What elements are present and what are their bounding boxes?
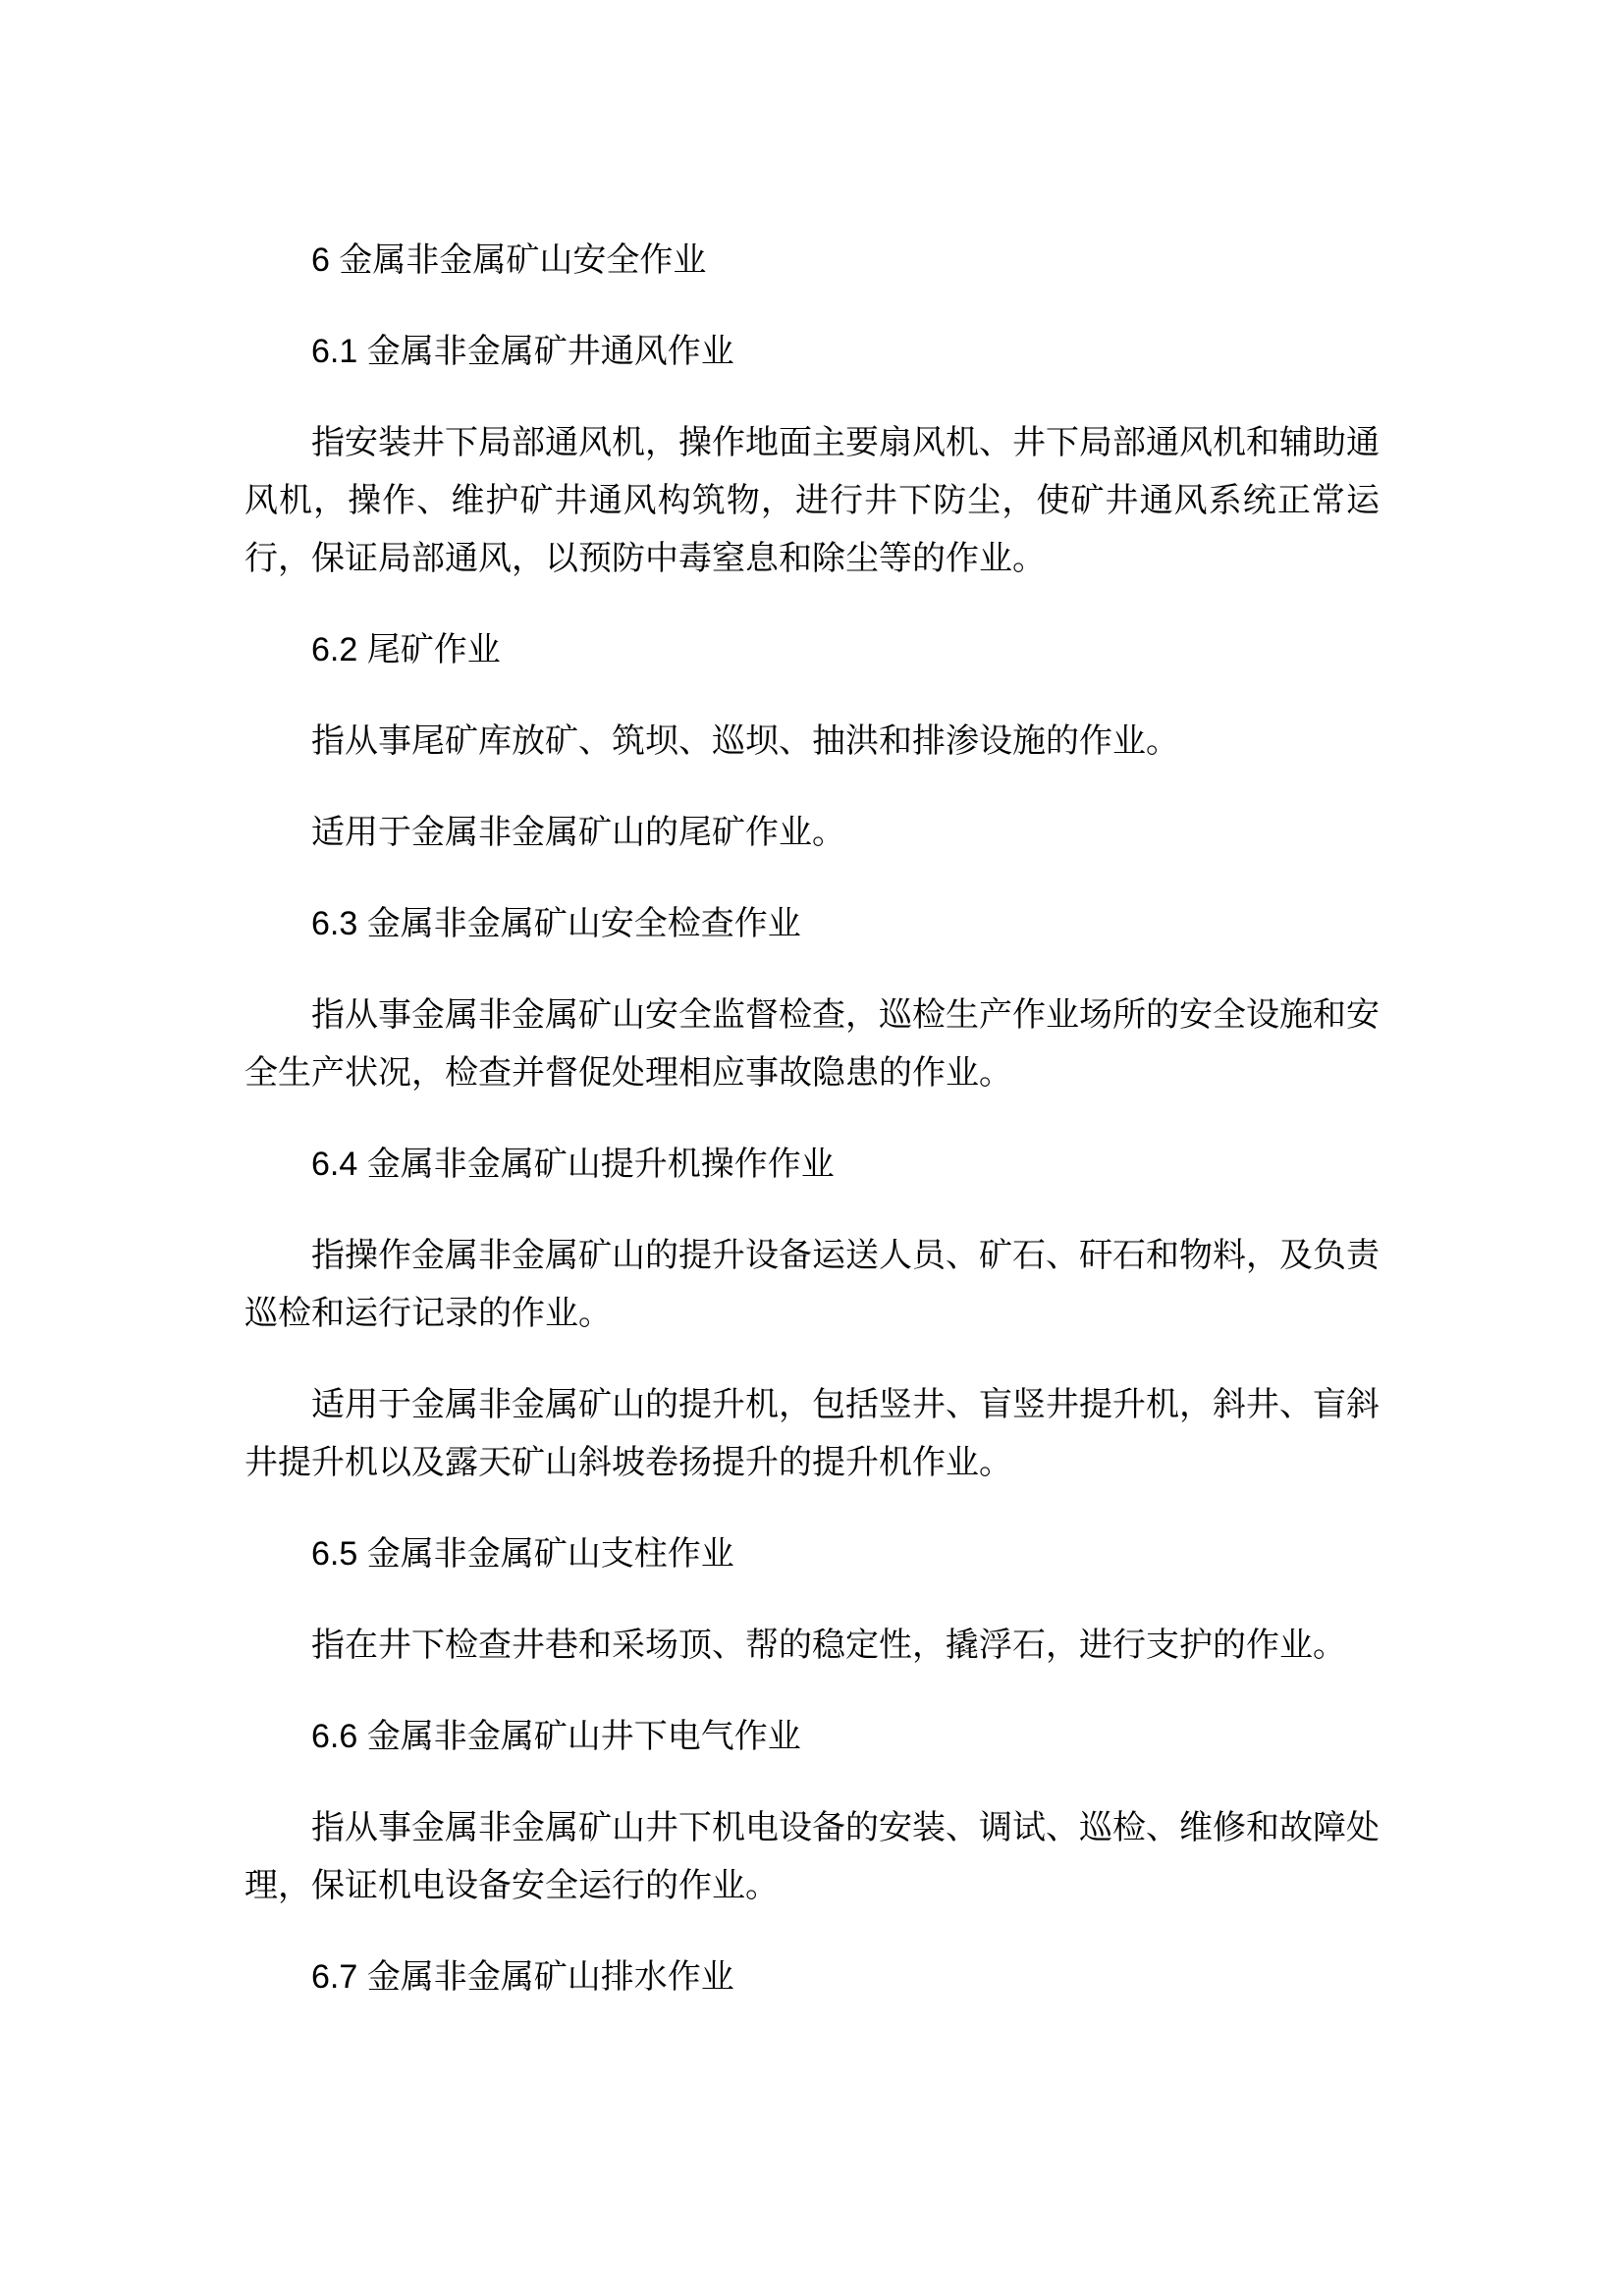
body-paragraph: 指从事金属非金属矿山井下机电设备的安装、调试、巡检、维修和故障处理，保证机电设备… bbox=[244, 1799, 1380, 1915]
body-paragraph: 指从事尾矿库放矿、筑坝、巡坝、抽洪和排渗设施的作业。 bbox=[244, 713, 1380, 771]
section-heading: 6.2 尾矿作业 bbox=[244, 621, 1380, 679]
document-page: 6 金属非金属矿山安全作业6.1 金属非金属矿井通风作业指安装井下局部通风机，操… bbox=[0, 0, 1624, 2296]
section-heading: 6.3 金属非金属矿山安全检查作业 bbox=[244, 895, 1380, 953]
section-heading: 6 金属非金属矿山安全作业 bbox=[244, 232, 1380, 290]
section-heading: 6.7 金属非金属矿山排水作业 bbox=[244, 1949, 1380, 2006]
document-content: 6 金属非金属矿山安全作业6.1 金属非金属矿井通风作业指安装井下局部通风机，操… bbox=[244, 232, 1380, 2006]
section-heading: 6.6 金属非金属矿山井下电气作业 bbox=[244, 1708, 1380, 1766]
body-paragraph: 指在井下检查井巷和采场顶、帮的稳定性，撬浮石，进行支护的作业。 bbox=[244, 1617, 1380, 1675]
document-body: { "document": { "language": "zh-CN", "te… bbox=[0, 0, 1624, 2296]
body-paragraph: 指安装井下局部通风机，操作地面主要扇风机、井下局部通风机和辅助通风机，操作、维护… bbox=[244, 414, 1380, 588]
section-heading: 6.1 金属非金属矿井通风作业 bbox=[244, 323, 1380, 381]
body-paragraph: 适用于金属非金属矿山的提升机，包括竖井、盲竖井提升机，斜井、盲斜井提升机以及露天… bbox=[244, 1376, 1380, 1492]
section-heading: 6.5 金属非金属矿山支柱作业 bbox=[244, 1525, 1380, 1583]
body-paragraph: 指从事金属非金属矿山安全监督检查，巡检生产作业场所的安全设施和安全生产状况，检查… bbox=[244, 987, 1380, 1102]
section-heading: 6.4 金属非金属矿山提升机操作作业 bbox=[244, 1136, 1380, 1194]
body-paragraph: 适用于金属非金属矿山的尾矿作业。 bbox=[244, 804, 1380, 862]
body-paragraph: 指操作金属非金属矿山的提升设备运送人员、矿石、矸石和物料，及负责巡检和运行记录的… bbox=[244, 1227, 1380, 1343]
